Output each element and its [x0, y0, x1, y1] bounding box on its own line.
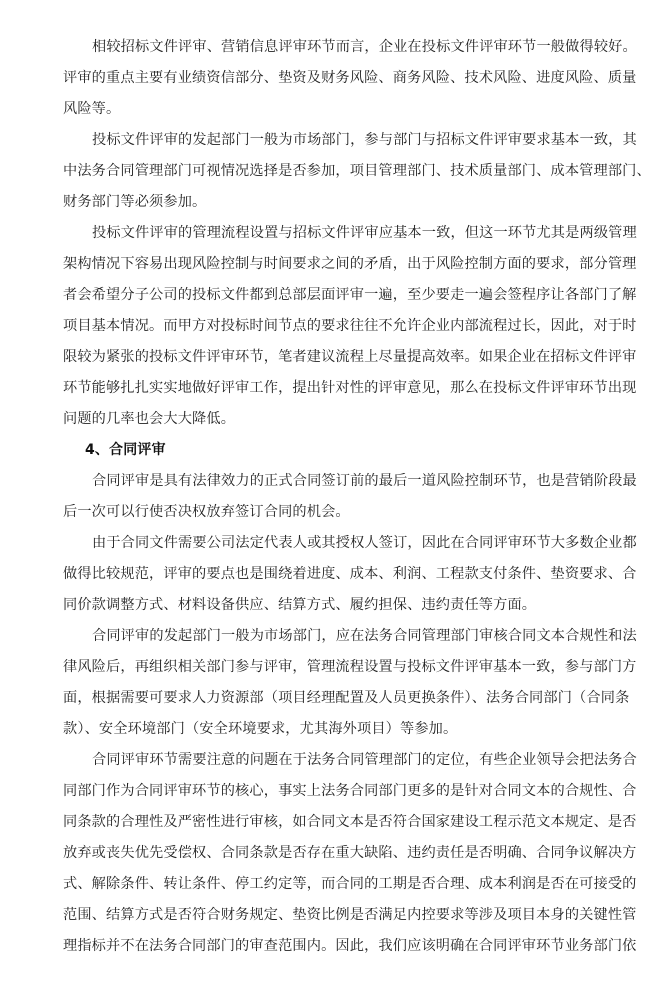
- text-line: 投标文件评审的管理流程设置与招标文件评审应基本一致，但这一环节尤其是两级管理: [63, 218, 623, 249]
- section-heading: 4、合同评审: [63, 435, 623, 466]
- text-line: 式、解除条件、转让条件、停工约定等，而合同的工期是否合理、成本利润是否在可接受的: [63, 869, 623, 900]
- text-line: 同部门作为合同评审环节的核心，事实上法务合同部门更多的是针对合同文本的合规性、合: [63, 776, 623, 807]
- text-line: 问题的几率也会大大降低。: [63, 404, 623, 435]
- document-page: 相较招标文件评审、营销信息评审环节而言，企业在投标文件评审环节一般做得较好。 评…: [0, 0, 667, 987]
- text-line: 投标文件评审的发起部门一般为市场部门，参与部门与招标文件评审要求基本一致，其: [63, 125, 623, 156]
- text-line: 做得比较规范，评审的要点也是围绕着进度、成本、利润、工程款支付条件、垫资要求、合: [63, 559, 623, 590]
- text-line: 限较为紧张的投标文件评审环节，笔者建议流程上尽量提高效率。如果企业在招标文件评审: [63, 342, 623, 373]
- text-line: 由于合同文件需要公司法定代表人或其授权人签订，因此在合同评审环节大多数企业都: [63, 528, 623, 559]
- text-line: 同价款调整方式、材料设备供应、结算方式、履约担保、违约责任等方面。: [63, 590, 623, 621]
- text-line: 相较招标文件评审、营销信息评审环节而言，企业在投标文件评审环节一般做得较好。: [63, 32, 623, 63]
- text-line: 中法务合同管理部门可视情况选择是否参加，项目管理部门、技术质量部门、成本管理部门…: [63, 156, 623, 187]
- text-line: 面，根据需要可要求人力资源部（项目经理配置及人员更换条件）、法务合同部门（合同条: [63, 683, 623, 714]
- text-line: 合同评审环节需要注意的问题在于法务合同管理部门的定位，有些企业领导会把法务合: [63, 745, 623, 776]
- text-line: 合同评审的发起部门一般为市场部门，应在法务合同管理部门审核合同文本合规性和法: [63, 621, 623, 652]
- text-line: 架构情况下容易出现风险控制与时间要求之间的矛盾，出于风险控制方面的要求，部分管理: [63, 249, 623, 280]
- text-line: 者会希望分子公司的投标文件都到总部层面评审一遍，至少要走一遍会签程序让各部门了解: [63, 280, 623, 311]
- section-heading-contract-review: 4、合同评审: [63, 435, 623, 466]
- text-line: 财务部门等必须参加。: [63, 187, 623, 218]
- text-line: 后一次可以行使否决权放弃签订合同的机会。: [63, 497, 623, 528]
- text-line: 范围、结算方式是否符合财务规定、垫资比例是否满足内控要求等涉及项目本身的关键性管: [63, 900, 623, 931]
- paragraph-bid-review-focus: 相较招标文件评审、营销信息评审环节而言，企业在投标文件评审环节一般做得较好。 评…: [63, 32, 623, 125]
- text-line: 环节能够扎扎实实地做好评审工作，提出针对性的评审意见，那么在投标文件评审环节出现: [63, 373, 623, 404]
- text-line: 合同评审是具有法律效力的正式合同签订前的最后一道风险控制环节，也是营销阶段最: [63, 466, 623, 497]
- text-line: 放弃或丧失优先受偿权、合同条款是否存在重大缺陷、违约责任是否明确、合同争议解决方: [63, 838, 623, 869]
- paragraph-contract-review-definition: 合同评审是具有法律效力的正式合同签订前的最后一道风险控制环节，也是营销阶段最 后…: [63, 466, 623, 528]
- paragraph-bid-review-departments: 投标文件评审的发起部门一般为市场部门，参与部门与招标文件评审要求基本一致，其 中…: [63, 125, 623, 218]
- text-line: 项目基本情况。而甲方对投标时间节点的要求往往不允许企业内部流程过长，因此，对于时: [63, 311, 623, 342]
- text-line: 款）、安全环境部门（安全环境要求，尤其海外项目）等参加。: [63, 714, 623, 745]
- text-line: 评审的重点主要有业绩资信部分、垫资及财务风险、商务风险、技术风险、进度风险、质量: [63, 63, 623, 94]
- paragraph-contract-review-points: 由于合同文件需要公司法定代表人或其授权人签订，因此在合同评审环节大多数企业都 做…: [63, 528, 623, 621]
- paragraph-contract-review-departments: 合同评审的发起部门一般为市场部门，应在法务合同管理部门审核合同文本合规性和法 律…: [63, 621, 623, 745]
- text-line: 同条款的合理性及严密性进行审核，如合同文本是否符合国家建设工程示范文本规定、是否: [63, 807, 623, 838]
- paragraph-bid-review-process: 投标文件评审的管理流程设置与招标文件评审应基本一致，但这一环节尤其是两级管理 架…: [63, 218, 623, 435]
- text-line: 律风险后，再组织相关部门参与评审，管理流程设置与投标文件评审基本一致，参与部门方: [63, 652, 623, 683]
- text-line: 理指标并不在法务合同部门的审查范围内。因此，我们应该明确在合同评审环节业务部门依: [63, 931, 623, 962]
- document-body: 相较招标文件评审、营销信息评审环节而言，企业在投标文件评审环节一般做得较好。 评…: [63, 32, 623, 962]
- paragraph-legal-department-role: 合同评审环节需要注意的问题在于法务合同管理部门的定位，有些企业领导会把法务合 同…: [63, 745, 623, 962]
- text-line: 风险等。: [63, 94, 623, 125]
